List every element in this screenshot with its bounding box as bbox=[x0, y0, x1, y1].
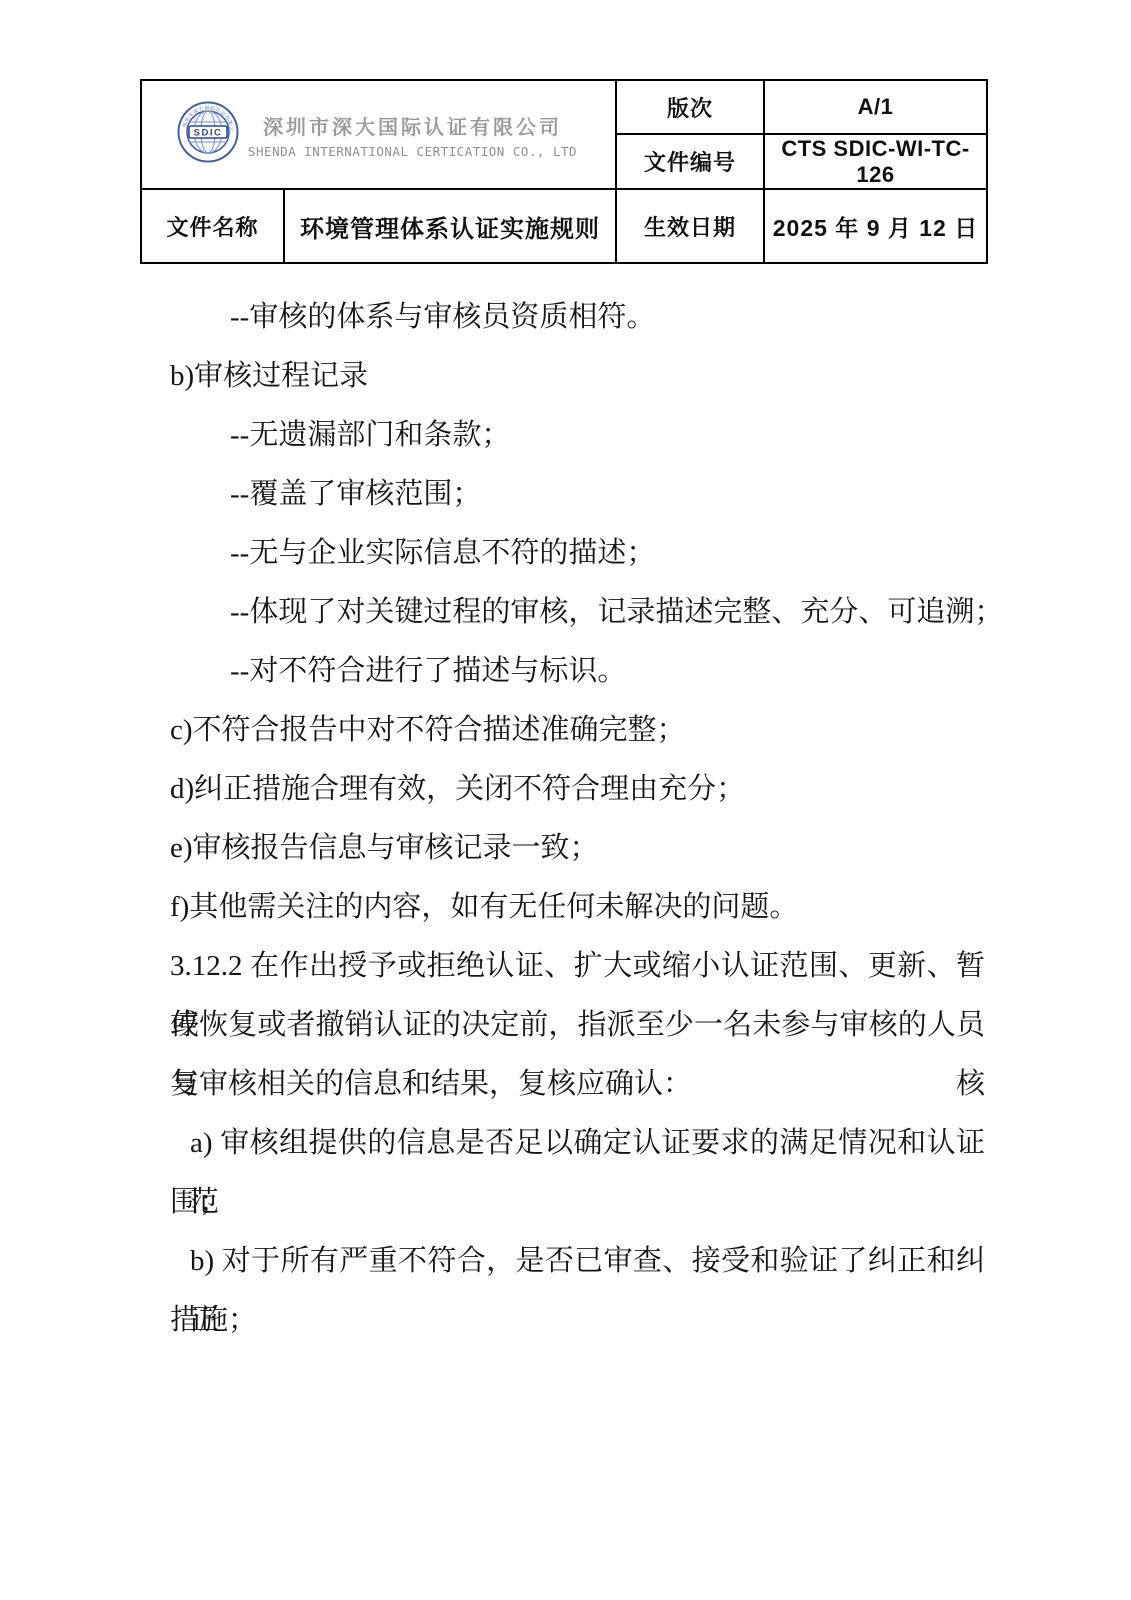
doc-number-label: 文件编号 bbox=[616, 134, 764, 189]
body-line: --审核的体系与审核员资质相符。 bbox=[170, 288, 985, 347]
logo-cell: 深圳市深大国际认证有限公司 SDIC 深圳市深大国际认证有限公司 SHENDA … bbox=[141, 80, 616, 189]
body-line: b)审核过程记录 bbox=[170, 347, 985, 406]
body-line: 措施； bbox=[170, 1291, 985, 1350]
document-body: --审核的体系与审核员资质相符。b)审核过程记录--无遗漏部门和条款；--覆盖了… bbox=[170, 288, 985, 1350]
company-name-en: SHENDA INTERNATIONAL CERTICATION CO., LT… bbox=[248, 144, 577, 159]
effective-date-value: 2025 年 9 月 12 日 bbox=[764, 189, 987, 263]
body-line: --无遗漏部门和条款； bbox=[170, 406, 985, 465]
version-value: A/1 bbox=[764, 80, 987, 134]
body-line: d)纠正措施合理有效，关闭不符合理由充分； bbox=[170, 760, 985, 819]
body-line: e)审核报告信息与审核记录一致； bbox=[170, 819, 985, 878]
file-name-label: 文件名称 bbox=[141, 189, 284, 263]
version-label: 版次 bbox=[616, 80, 764, 134]
body-line: --体现了对关键过程的审核，记录描述完整、充分、可追溯； bbox=[170, 583, 985, 642]
body-line: a) 审核组提供的信息是否足以确定认证要求的满足情况和认证范 bbox=[170, 1114, 985, 1173]
document-header-table: 深圳市深大国际认证有限公司 SDIC 深圳市深大国际认证有限公司 SHENDA … bbox=[140, 79, 988, 264]
body-line: 或恢复或者撤销认证的决定前，指派至少一名未参与审核的人员复核 bbox=[170, 996, 985, 1055]
company-globe-logo-icon: 深圳市深大国际认证有限公司 SDIC bbox=[176, 100, 240, 169]
body-line: 3.12.2 在作出授予或拒绝认证、扩大或缩小认证范围、更新、暂停 bbox=[170, 937, 985, 996]
document-page: 深圳市深大国际认证有限公司 SDIC 深圳市深大国际认证有限公司 SHENDA … bbox=[0, 0, 1131, 1600]
body-line: --覆盖了审核范围； bbox=[170, 465, 985, 524]
company-name-cn: 深圳市深大国际认证有限公司 bbox=[248, 111, 577, 140]
effective-date-label: 生效日期 bbox=[616, 189, 764, 263]
body-line: f)其他需关注的内容，如有无任何未解决的问题。 bbox=[170, 878, 985, 937]
body-line: 围； bbox=[170, 1173, 985, 1232]
body-line: --无与企业实际信息不符的描述； bbox=[170, 524, 985, 583]
logo-badge-text: SDIC bbox=[194, 128, 223, 139]
document-title: 环境管理体系认证实施规则 bbox=[284, 189, 616, 263]
body-line: c)不符合报告中对不符合描述准确完整； bbox=[170, 701, 985, 760]
doc-number-value: CTS SDIC-WI-TC-126 bbox=[764, 134, 987, 189]
body-line: b) 对于所有严重不符合，是否已审查、接受和验证了纠正和纠正 bbox=[170, 1232, 985, 1291]
body-line: --对不符合进行了描述与标识。 bbox=[170, 642, 985, 701]
